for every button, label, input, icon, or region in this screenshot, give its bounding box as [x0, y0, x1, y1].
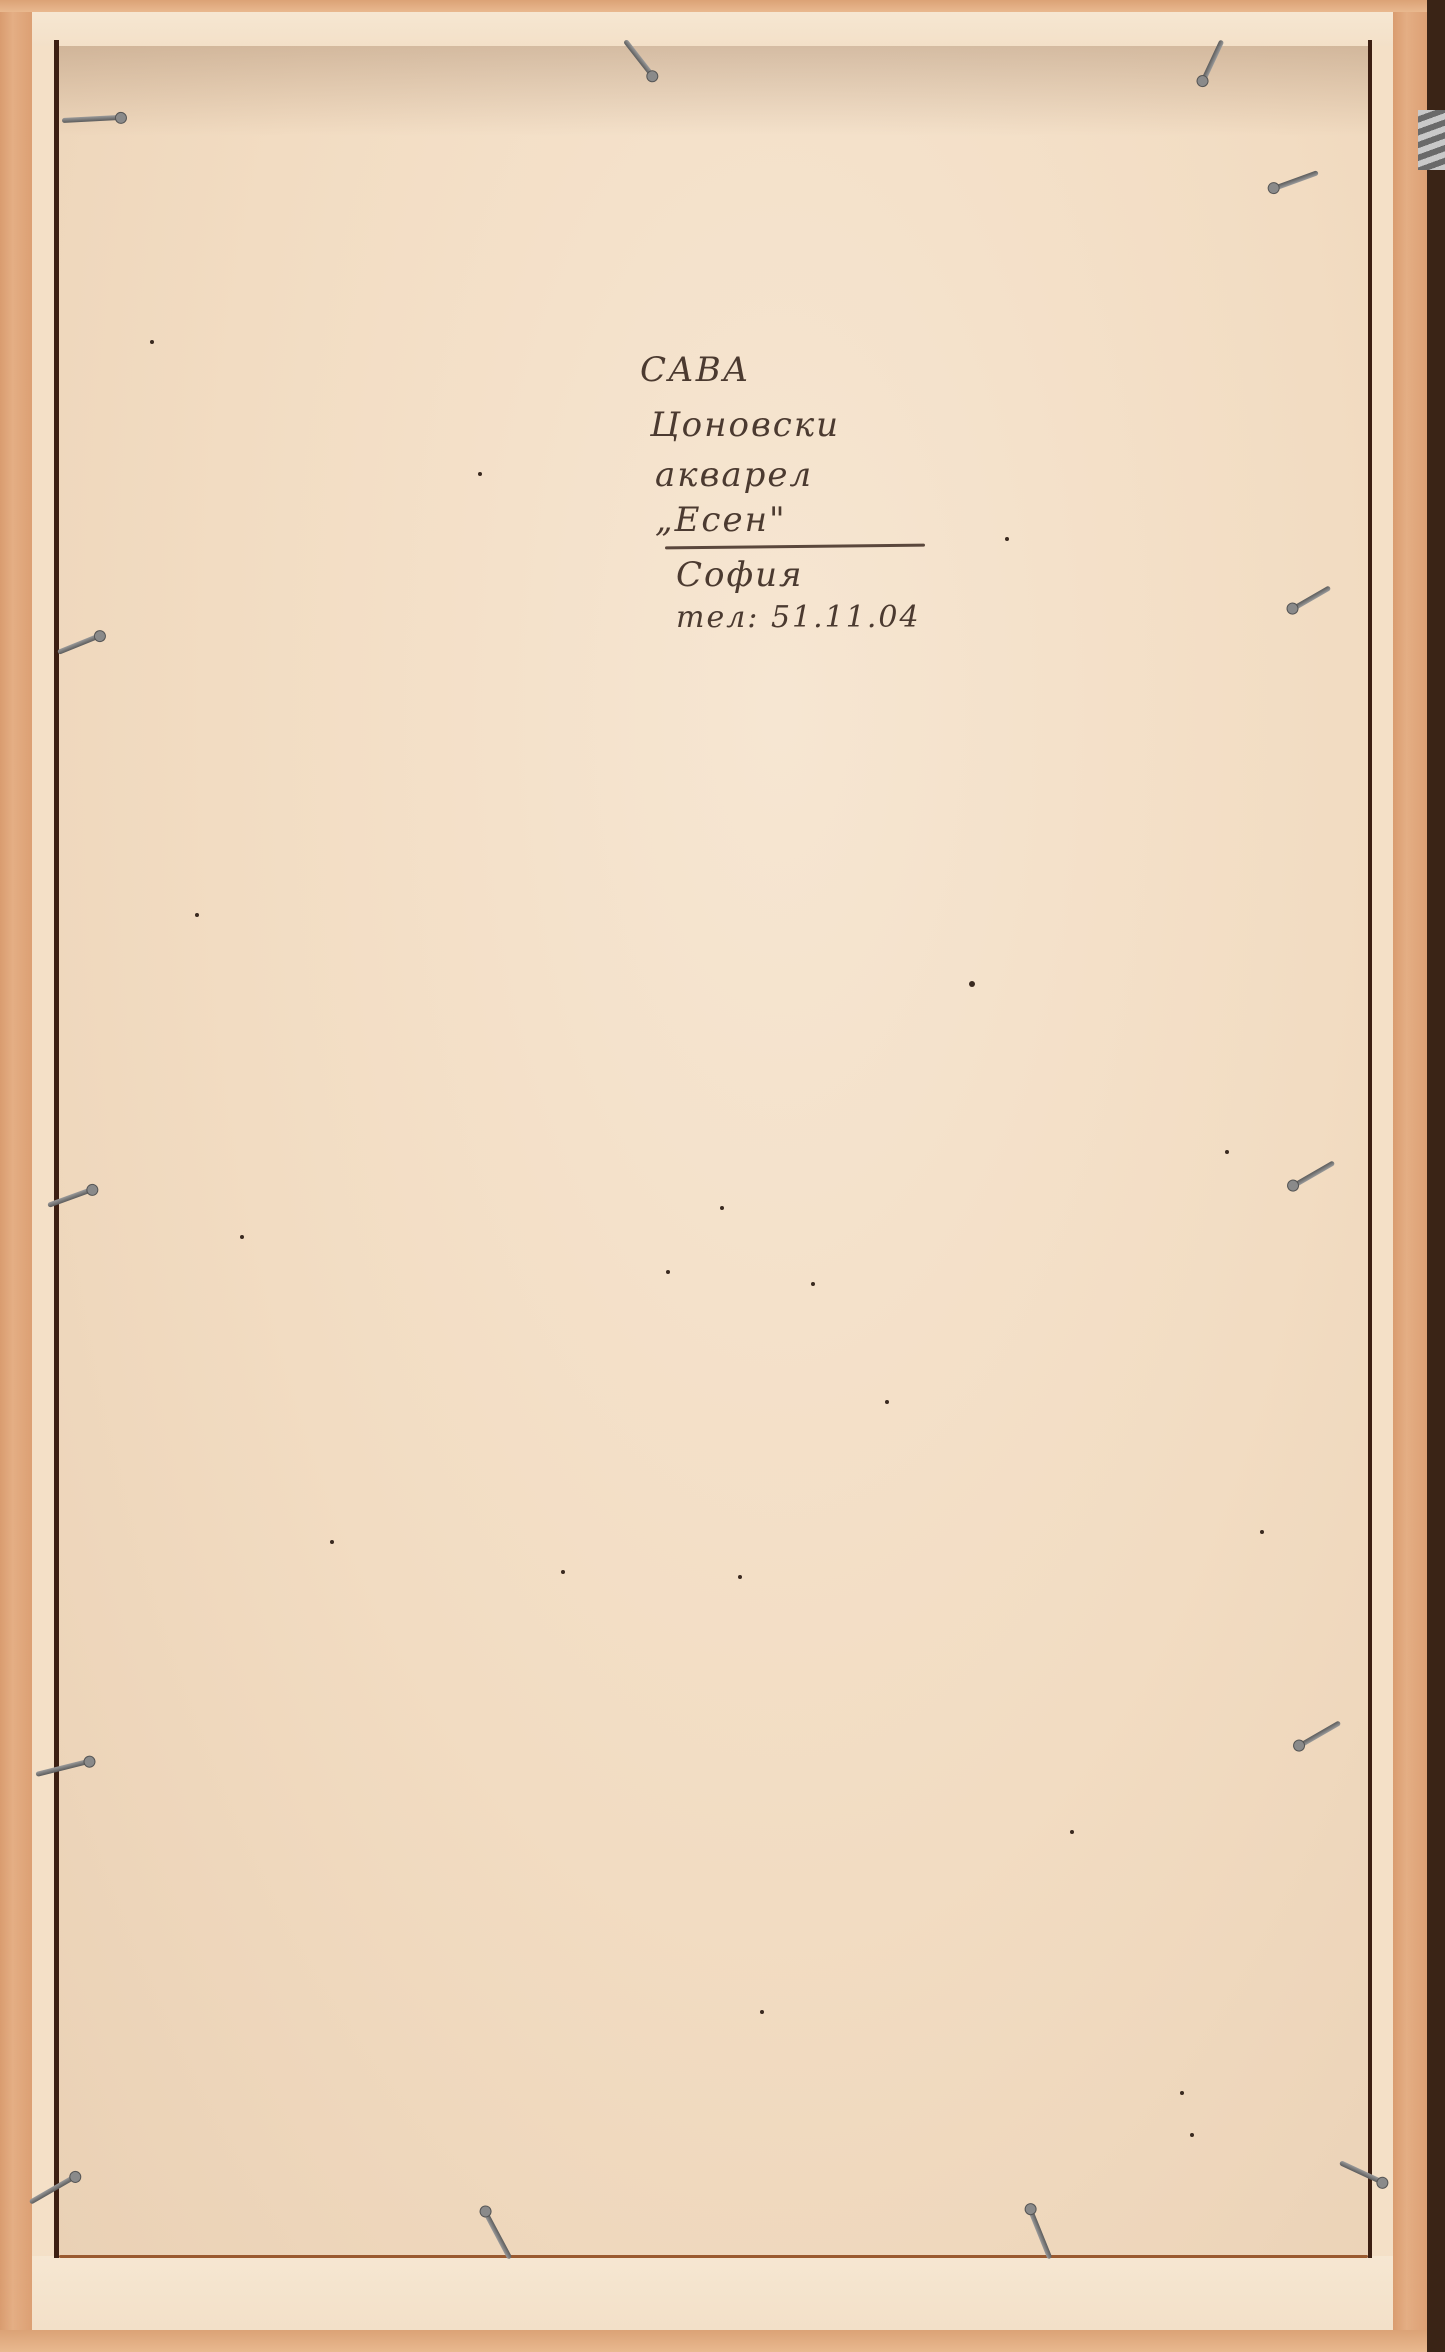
dust-speck — [738, 1575, 742, 1579]
phone-label: тел: 51.11.04 — [676, 600, 921, 635]
dust-speck — [760, 2010, 764, 2014]
dust-speck — [1190, 2133, 1194, 2137]
city-label: София — [676, 555, 804, 595]
board-top-shadow — [59, 46, 1368, 136]
artist-first-name: САВА — [640, 350, 751, 390]
dust-speck — [1180, 2091, 1184, 2095]
frame-lip-bottom — [32, 2256, 1393, 2330]
dust-speck — [1225, 1150, 1229, 1154]
dust-speck — [720, 1206, 724, 1210]
artist-last-name: Цоновски — [650, 405, 840, 445]
dust-speck — [885, 1400, 889, 1404]
dust-speck — [195, 913, 199, 917]
frame-lip-top — [32, 12, 1393, 46]
dust-speck — [811, 1282, 815, 1286]
dust-speck — [666, 1270, 670, 1274]
artwork-title: „Есен" — [655, 500, 787, 540]
frame-bottom-side — [0, 2330, 1427, 2352]
background-right-dark — [1427, 0, 1445, 2352]
dust-speck — [561, 1570, 565, 1574]
hanging-wire — [59, 2255, 1368, 2258]
medium-label: акварел — [655, 455, 813, 495]
frame-lip-right — [1372, 12, 1393, 2330]
dust-speck — [1260, 1530, 1264, 1534]
dust-speck — [969, 981, 975, 987]
frame-left-side — [0, 0, 32, 2352]
frame-top-side — [0, 0, 1427, 12]
gap-line-right — [1368, 40, 1372, 2258]
frame-lip-left — [32, 12, 54, 2330]
dust-speck — [240, 1235, 244, 1239]
dust-speck — [1005, 537, 1009, 541]
dust-speck — [478, 472, 482, 476]
dust-speck — [330, 1540, 334, 1544]
dust-speck — [1070, 1830, 1074, 1834]
window-blinds — [1418, 110, 1445, 170]
frame-right-side — [1393, 0, 1427, 2352]
dust-speck — [150, 340, 154, 344]
